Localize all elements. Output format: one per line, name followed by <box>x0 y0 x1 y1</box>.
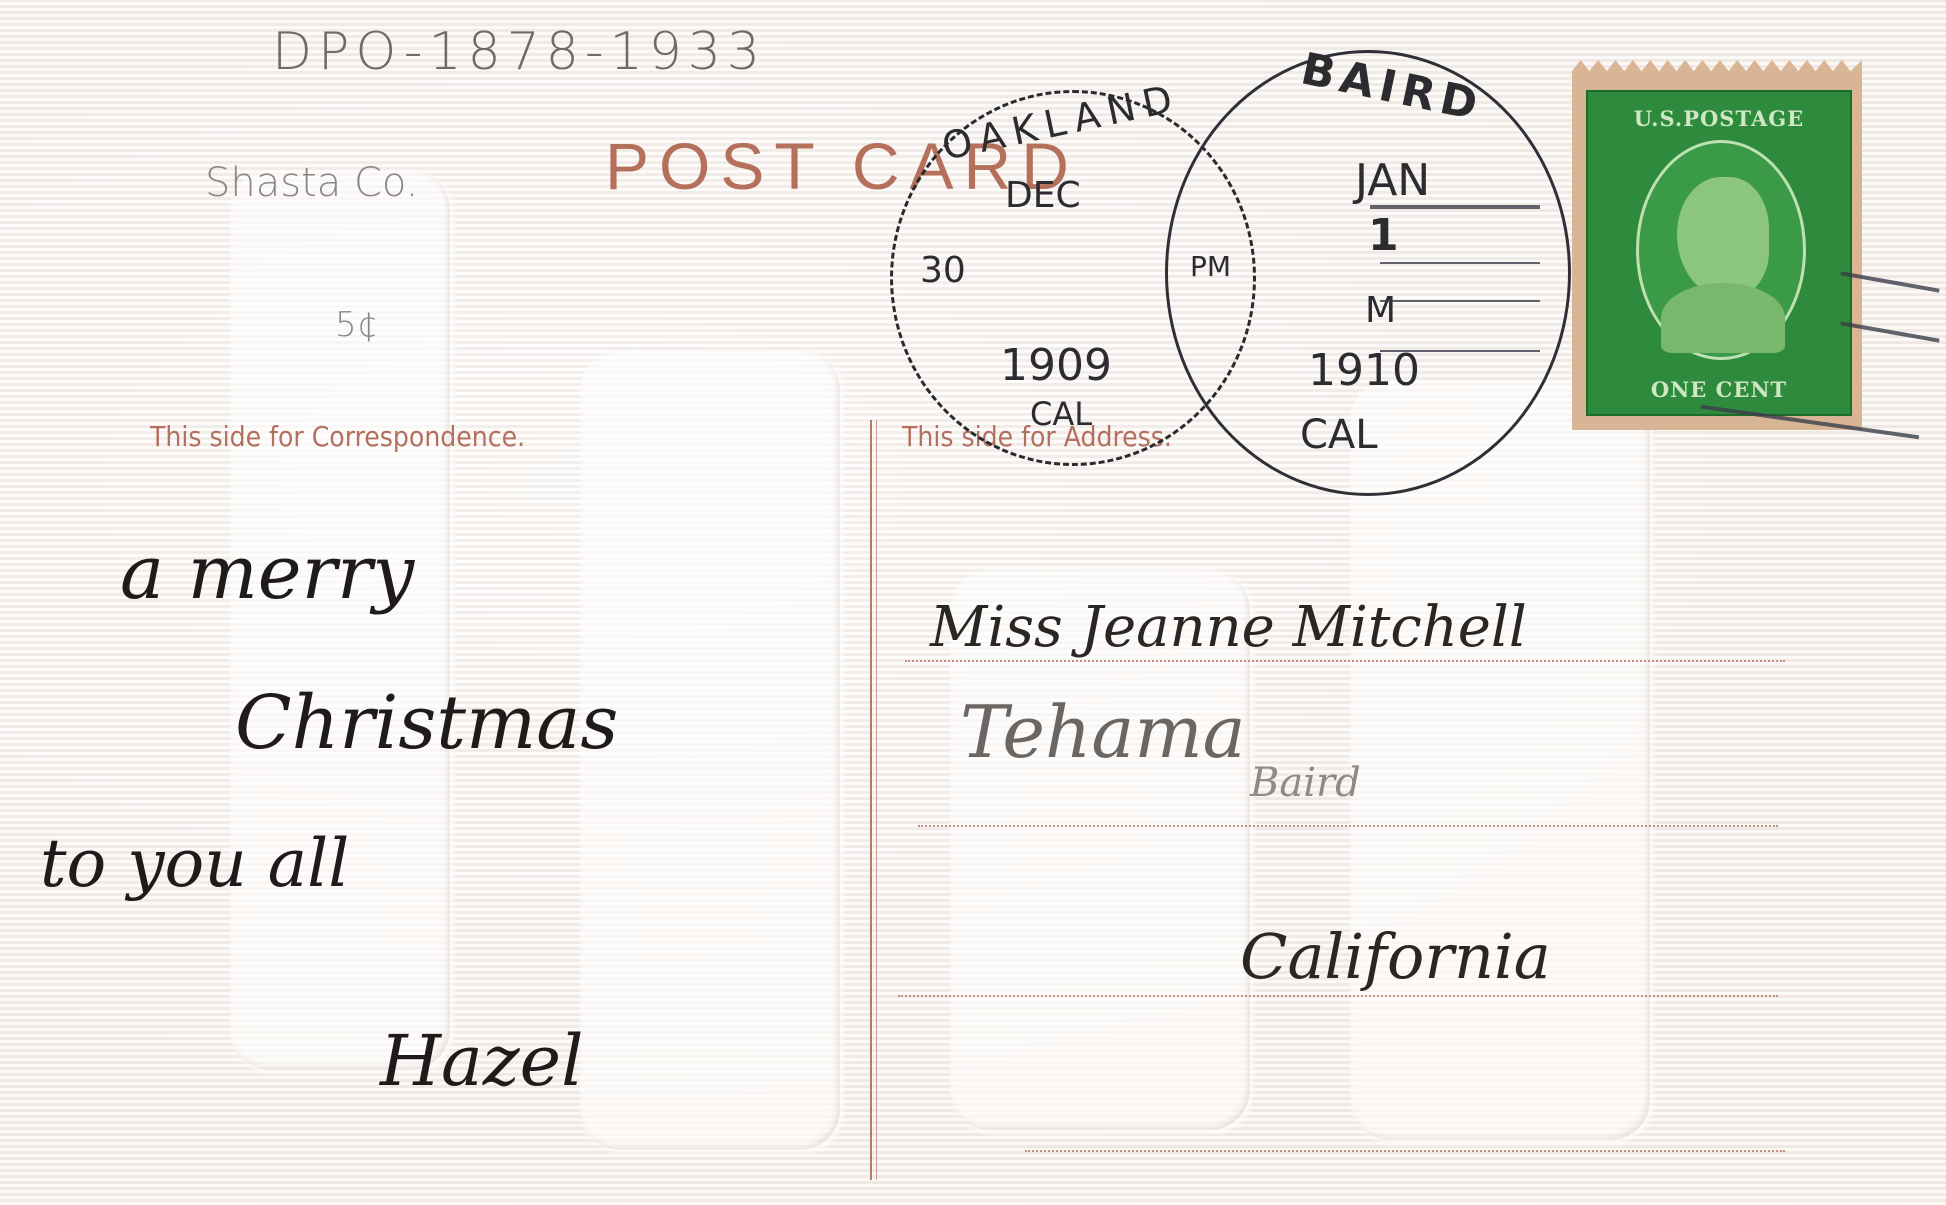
stamp-portrait-frame <box>1636 140 1806 360</box>
postmark-baird-bar <box>1370 205 1540 209</box>
address-state: California <box>1240 920 1551 993</box>
postmark-baird-time: M <box>1365 290 1396 331</box>
pencil-note-county: Shasta Co. <box>205 160 418 206</box>
message-line-1: a merry <box>120 530 414 616</box>
postmark-baird-day: 1 <box>1368 210 1399 261</box>
address-town: Tehama <box>960 690 1246 774</box>
center-divider <box>870 420 872 1180</box>
postmark-baird-year: 1910 <box>1308 345 1420 396</box>
postmark-baird-state: CAL <box>1300 412 1378 458</box>
stamp-top-text: U.S.POSTAGE <box>1588 106 1850 131</box>
correspondence-label: This side for Correspondence. <box>150 420 525 453</box>
address-line-4 <box>1025 1150 1785 1152</box>
postmark-oakland-state: CAL <box>1030 395 1092 433</box>
postage-stamp: U.S.POSTAGE ONE CENT <box>1586 90 1852 416</box>
address-town-correction: Baird <box>1250 760 1361 806</box>
franklin-portrait-icon <box>1677 177 1769 297</box>
postcard-back: DPO-1878-1933 Shasta Co. 5¢ POST CARD Th… <box>0 0 1946 1205</box>
postmark-baird-bar <box>1380 262 1540 264</box>
portrait-shoulders <box>1661 283 1785 353</box>
address-recipient: Miss Jeanne Mitchell <box>930 595 1527 660</box>
address-line-2 <box>918 825 1778 827</box>
embossed-figure-girl <box>580 350 840 1150</box>
postmark-baird-bar <box>1380 350 1540 352</box>
pencil-note-price: 5¢ <box>335 305 378 345</box>
postmark-oakland-month: DEC <box>1005 175 1081 216</box>
message-line-2: Christmas <box>235 680 618 766</box>
address-line-1 <box>905 660 1785 662</box>
message-signature: Hazel <box>380 1020 583 1102</box>
stamp-bottom-text: ONE CENT <box>1588 377 1850 402</box>
pencil-note-dpo: DPO-1878-1933 <box>272 22 766 82</box>
message-line-3: to you all <box>40 825 349 902</box>
postmark-baird-month: JAN <box>1355 155 1430 206</box>
postmark-baird-bar <box>1380 300 1540 302</box>
address-line-3 <box>898 995 1778 997</box>
postmark-oakland-year: 1909 <box>1000 340 1112 391</box>
center-divider-inner <box>876 420 877 1180</box>
postmark-oakland-day: 30 <box>920 250 966 291</box>
